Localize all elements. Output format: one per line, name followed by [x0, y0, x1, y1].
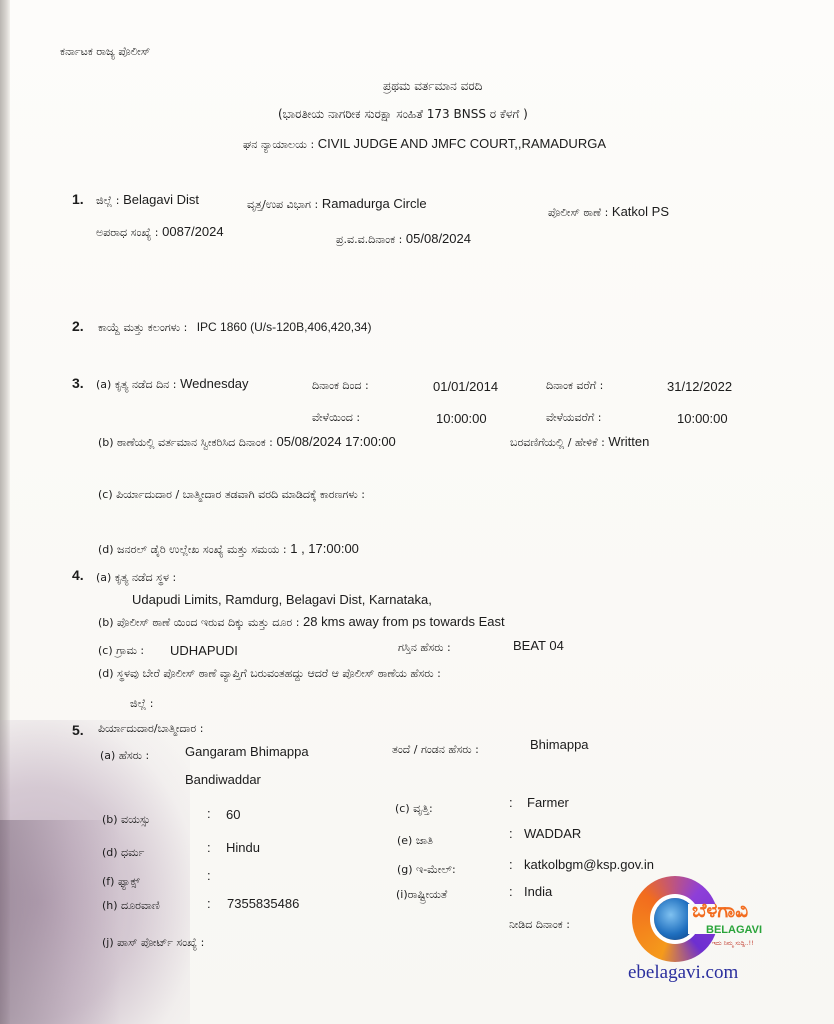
circle-value: Ramadurga Circle: [322, 196, 427, 211]
age-label: (b) ವಯಸ್ಸು: [102, 812, 150, 828]
religion-colon: :: [207, 840, 211, 856]
time-from-label: ವೇಳೆಯಿಂದ :: [312, 410, 360, 426]
distance-label: (b) ಪೊಲೀಸ್ ಠಾಣೆ ಯಿಂದ ಇರುವ ದಿಕ್ಕು ಮತ್ತು ದ…: [98, 616, 299, 629]
circle-label: ವೃತ್ತ/ಉಪ ವಿಭಾಗ :: [247, 198, 318, 211]
mode-label: ಬರವಣಿಗೆಯಲ್ಲಿ / ಹೇಳಿಕೆ :: [510, 436, 605, 449]
general-diary-label: (d) ಜನರಲ್ ಡೈರಿ ಉಲ್ಲೇಖ ಸಂಖ್ಯೆ ಮತ್ತು ಸಮಯ :: [98, 543, 287, 556]
date-to-label: ದಿನಾಂಕ ವರೆಗೆ :: [546, 378, 603, 394]
fir-date-field: ಪ್ರ.ವ.ವ.ದಿನಾಂಕ : 05/08/2024: [336, 231, 471, 248]
father-name-value: Bhimappa: [530, 737, 589, 753]
section-1-number: 1.: [72, 191, 84, 207]
email-value: katkolbgm@ksp.gov.in: [524, 857, 654, 873]
age-colon: :: [207, 806, 211, 822]
distance-value: 28 kms away from ps towards East: [303, 614, 505, 629]
received-date-value: 05/08/2024 17:00:00: [277, 434, 396, 449]
name-line-2: Bandiwaddar: [185, 772, 261, 788]
section-4-number: 4.: [72, 567, 84, 583]
acts-field: ಕಾಯ್ದೆ ಮತ್ತು ಕಲಂಗಳು : IPC 1860 (U/s-120B…: [98, 319, 371, 336]
received-date-label: (b) ಠಾಣೆಯಲ್ಲಿ ವರ್ತಮಾನ ಸ್ವೀಕರಿಸಿದ ದಿನಾಂಕ …: [98, 436, 273, 449]
crime-number-label: ಅಪರಾಧ ಸಂಖ್ಯೆ :: [96, 226, 159, 239]
occupation-colon: :: [509, 795, 513, 811]
beat-value: BEAT 04: [513, 638, 564, 654]
date-to-value: 31/12/2022: [667, 379, 732, 395]
name-label: (a) ಹೆಸರು :: [100, 748, 149, 764]
father-name-label: ತಂದೆ / ಗಂಡನ ಹೆಸರು :: [392, 742, 479, 758]
phone-value: 7355835486: [227, 896, 299, 912]
org-name: ಕರ್ನಾಟಕ ರಾಜ್ಯ ಪೊಲೀಸ್: [60, 44, 150, 60]
received-date-field: (b) ಠಾಣೆಯಲ್ಲಿ ವರ್ತಮಾನ ಸ್ವೀಕರಿಸಿದ ದಿನಾಂಕ …: [98, 434, 396, 451]
time-from-value: 10:00:00: [436, 411, 487, 427]
mode-value: Written: [608, 434, 649, 449]
offence-day-field: (a) ಕೃತ್ಯ ನಡೆದ ದಿನ : Wednesday: [96, 376, 249, 393]
document-title: ಪ್ರಥಮ ವರ್ತಮಾನ ವರದಿ: [383, 78, 482, 94]
crime-number-field: ಅಪರಾಧ ಸಂಖ್ಯೆ : 0087/2024: [96, 224, 224, 241]
village-value: UDHAPUDI: [170, 643, 238, 659]
caste-label: (e) ಜಾತಿ: [397, 833, 433, 849]
religion-label: (d) ಧರ್ಮ: [102, 845, 144, 861]
offence-place-value: Udapudi Limits, Ramdurg, Belagavi Dist, …: [132, 592, 432, 608]
mode-field: ಬರವಣಿಗೆಯಲ್ಲಿ / ಹೇಳಿಕೆ : Written: [510, 434, 649, 451]
district-label: ಜಿಲ್ಲೆ :: [96, 194, 119, 207]
religion-value: Hindu: [226, 840, 260, 856]
district-value: Belagavi Dist: [123, 192, 199, 207]
time-to-value: 10:00:00: [677, 411, 728, 427]
station-label: ಪೊಲೀಸ್ ಠಾಣೆ :: [548, 206, 608, 219]
nationality-label: (i)ರಾಷ್ಟ್ರೀಯತೆ: [396, 887, 447, 903]
email-colon: :: [509, 857, 513, 873]
fir-document-page: ಕರ್ನಾಟಕ ರಾಜ್ಯ ಪೊಲೀಸ್ ಪ್ರಥಮ ವರ್ತಮಾನ ವರದಿ …: [0, 0, 834, 1024]
section-5-number: 5.: [72, 722, 84, 738]
station-value: Katkol PS: [612, 204, 669, 219]
fir-date-label: ಪ್ರ.ವ.ವ.ದಿನಾಂಕ :: [336, 233, 402, 246]
date-from-value: 01/01/2014: [433, 379, 498, 395]
complainant-heading: ಪಿರ್ಯಾದುದಾರ/ಬಾತ್ಮೀದಾರ :: [98, 721, 203, 737]
other-station-label: (d) ಸ್ಥಳವು ಬೇರೆ ಪೊಲೀಸ್ ಠಾಣೆ ವ್ಯಾಪ್ತಿಗೆ ಬ…: [98, 666, 441, 682]
age-value: 60: [226, 807, 240, 823]
passport-label: (j) ಪಾಸ್ ಪೋರ್ಟ್ ಸಂಖ್ಯೆ :: [102, 935, 204, 951]
email-label: (g) ಇ-ಮೇಲ್:: [397, 862, 456, 878]
fir-date-value: 05/08/2024: [406, 231, 471, 246]
section-2-number: 2.: [72, 318, 84, 334]
beat-label: ಗಸ್ತಿನ ಹೆಸರು :: [398, 640, 451, 656]
offence-place-label: (a) ಕೃತ್ಯ ನಡೆದ ಸ್ಥಳ :: [96, 570, 176, 586]
caste-colon: :: [509, 826, 513, 842]
ebelagavi-watermark-logo: ಬೆಳಗಾವಿ BELAGAVI ಇದು ನಿಮ್ಮ ಸುದ್ದಿ..!! eb…: [626, 874, 796, 994]
name-line-1: Gangaram Bhimappa: [185, 744, 309, 760]
other-district-label: ಜಿಲ್ಲೆ :: [130, 696, 153, 712]
court-label: ಘನ ನ್ಯಾಯಾಲಯ :: [243, 138, 314, 151]
section-3-number: 3.: [72, 375, 84, 391]
nationality-colon: :: [509, 884, 513, 900]
issued-date-label: ನೀಡಿದ ದಿನಾಂಕ :: [509, 917, 570, 933]
station-field: ಪೊಲೀಸ್ ಠಾಣೆ : Katkol PS: [548, 204, 669, 221]
date-from-label: ದಿನಾಂಕ ದಿಂದ :: [312, 378, 369, 394]
district-field: ಜಿಲ್ಲೆ : Belagavi Dist: [96, 192, 199, 209]
logo-site-url: ebelagavi.com: [628, 962, 738, 984]
delay-reason-label: (c) ಪಿರ್ಯಾದುದಾರ / ಬಾತ್ಮೀದಾರ ತಡವಾಗಿ ವರದಿ …: [98, 487, 365, 503]
caste-value: WADDAR: [524, 826, 581, 842]
logo-kannada-text: ಬೆಳಗಾವಿ: [692, 898, 748, 922]
offence-day-value: Wednesday: [180, 376, 248, 391]
village-label: (c) ಗ್ರಾಮ :: [98, 643, 144, 659]
logo-tagline: ಇದು ನಿಮ್ಮ ಸುದ್ದಿ..!!: [712, 940, 754, 948]
acts-value: IPC 1860 (U/s-120B,406,420,34): [197, 320, 372, 334]
occupation-label: (c) ವೃತ್ತಿ:: [395, 801, 433, 817]
nationality-value: India: [524, 884, 552, 900]
phone-colon: :: [207, 896, 211, 912]
court-value: CIVIL JUDGE AND JMFC COURT,,RAMADURGA: [318, 136, 606, 151]
general-diary-field: (d) ಜನರಲ್ ಡೈರಿ ಉಲ್ಲೇಖ ಸಂಖ್ಯೆ ಮತ್ತು ಸಮಯ :…: [98, 541, 359, 558]
document-subtitle: (ಭಾರತೀಯ ನಾಗರೀಕ ಸುರಕ್ಷಾ ಸಂಹಿತೆ 173 BNSS ರ…: [278, 106, 528, 122]
fax-colon: :: [207, 868, 211, 884]
fax-label: (f) ಫ್ಯಾಕ್ಸ್: [102, 874, 140, 890]
general-diary-value: 1 , 17:00:00: [290, 541, 359, 556]
logo-english-text: BELAGAVI: [706, 924, 762, 936]
court-line: ಘನ ನ್ಯಾಯಾಲಯ : CIVIL JUDGE AND JMFC COURT…: [243, 136, 606, 153]
acts-label: ಕಾಯ್ದೆ ಮತ್ತು ಕಲಂಗಳು :: [98, 321, 187, 334]
time-to-label: ವೇಳೆಯವರೆಗೆ :: [546, 410, 601, 426]
crime-number-value: 0087/2024: [162, 224, 223, 239]
phone-label: (h) ದೂರವಾಣಿ: [102, 898, 160, 914]
offence-day-label: (a) ಕೃತ್ಯ ನಡೆದ ದಿನ :: [96, 378, 177, 391]
distance-field: (b) ಪೊಲೀಸ್ ಠಾಣೆ ಯಿಂದ ಇರುವ ದಿಕ್ಕು ಮತ್ತು ದ…: [98, 614, 505, 631]
circle-field: ವೃತ್ತ/ಉಪ ವಿಭಾಗ : Ramadurga Circle: [247, 196, 427, 213]
occupation-value: Farmer: [527, 795, 569, 811]
